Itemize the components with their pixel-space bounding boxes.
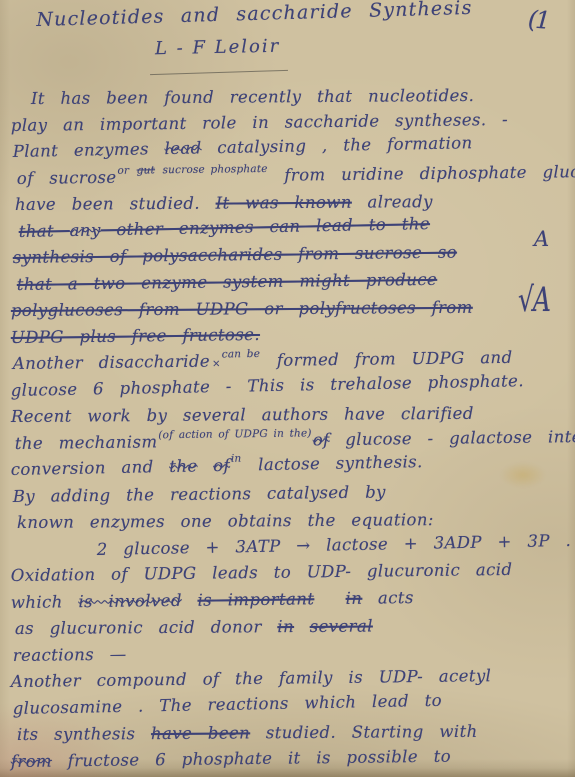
text-run: of sucrose (17, 167, 117, 187)
text-run: catalysing , the formation (201, 133, 472, 157)
struck-text: synthesis of polysaccharides from sucros… (13, 243, 457, 267)
text-run (294, 617, 310, 636)
text-run: glucosamine . The reactions which lead t… (13, 690, 443, 717)
struck-text: have been (151, 723, 250, 743)
struck-text: that a two enzyme system might produce (17, 269, 438, 293)
text-run: studied. Starting with (250, 722, 478, 743)
text-run: fructose 6 phosphate it is possible to (52, 746, 451, 770)
scribbled-text: any (70, 220, 101, 240)
struck-text: UDPG plus free fructose. (11, 324, 260, 346)
inserted-text: sucrose phosphate (157, 163, 268, 174)
struck-text: other enzymes can lead to the (101, 214, 431, 239)
struck-text: polyglucoses from UDPG or polyfructoses … (11, 298, 473, 320)
text-run: as glucuronic acid donor (15, 617, 278, 638)
struck-text: in (277, 617, 294, 636)
struck-text: in (346, 588, 363, 607)
caret-mark: × (212, 358, 221, 369)
title-underline (150, 70, 288, 75)
struck-text: several (310, 617, 373, 636)
text-run: lactose synthesis. (242, 452, 422, 474)
page-title: Nucleotides and saccharide Synthesis (36, 0, 473, 31)
struck-text: that (19, 221, 70, 241)
struck-text: It was known (216, 193, 352, 213)
text-run: already (352, 192, 433, 212)
text-run: known enzymes one obtains the equation: (17, 510, 434, 532)
text-run (182, 590, 198, 609)
text-run: formed from UDPG and (261, 348, 513, 370)
inserted-text: (of action of UDPG in the) (158, 428, 311, 440)
inserted-text: in (231, 454, 242, 464)
scribbled-text: the (169, 456, 198, 476)
text-run: Another disaccharide (13, 352, 210, 373)
inserted-text: can be (222, 349, 261, 359)
text-run: the mechanism (15, 432, 158, 453)
inserted-struck-text: gut (137, 165, 155, 175)
text-run (314, 588, 346, 607)
manuscript-body: It has been found recently that nucleoti… (9, 86, 573, 775)
text-run: which (11, 592, 79, 612)
text-run: from uridine diphosphate glucose (UDPG) (269, 160, 575, 184)
text-run: It has been found recently that nucleoti… (31, 86, 475, 108)
scribbled-text: of (313, 430, 330, 449)
manuscript-page: (1 Nucleotides and saccharide Synthesis … (0, 0, 575, 777)
text-run: Oxidation of UDPG leads to UDP- glucuron… (11, 560, 513, 585)
text-run: glucose - galactose inter- (329, 426, 575, 448)
scribbled-text: of (213, 456, 230, 475)
text-run: reactions — (13, 644, 127, 664)
text-run: By adding the reactions catalysed by (13, 482, 386, 506)
scribbled-text: is involved (78, 590, 182, 610)
text-run: Recent work by several authors have clar… (11, 404, 474, 426)
inserted-text: or (117, 165, 134, 175)
text-run: acts (362, 588, 414, 608)
struck-text: is important (197, 589, 314, 609)
text-run: Plant enzymes (13, 139, 165, 161)
text-run: conversion and (11, 457, 170, 479)
page-number: (1 (527, 5, 550, 34)
scribbled-text: lead (164, 138, 201, 158)
text-run: its synthesis (17, 724, 151, 744)
text-run (197, 456, 213, 475)
scribbled-text: from (11, 751, 52, 771)
byline: L - F Leloir (155, 36, 281, 60)
text-run: have been studied. (15, 194, 216, 214)
